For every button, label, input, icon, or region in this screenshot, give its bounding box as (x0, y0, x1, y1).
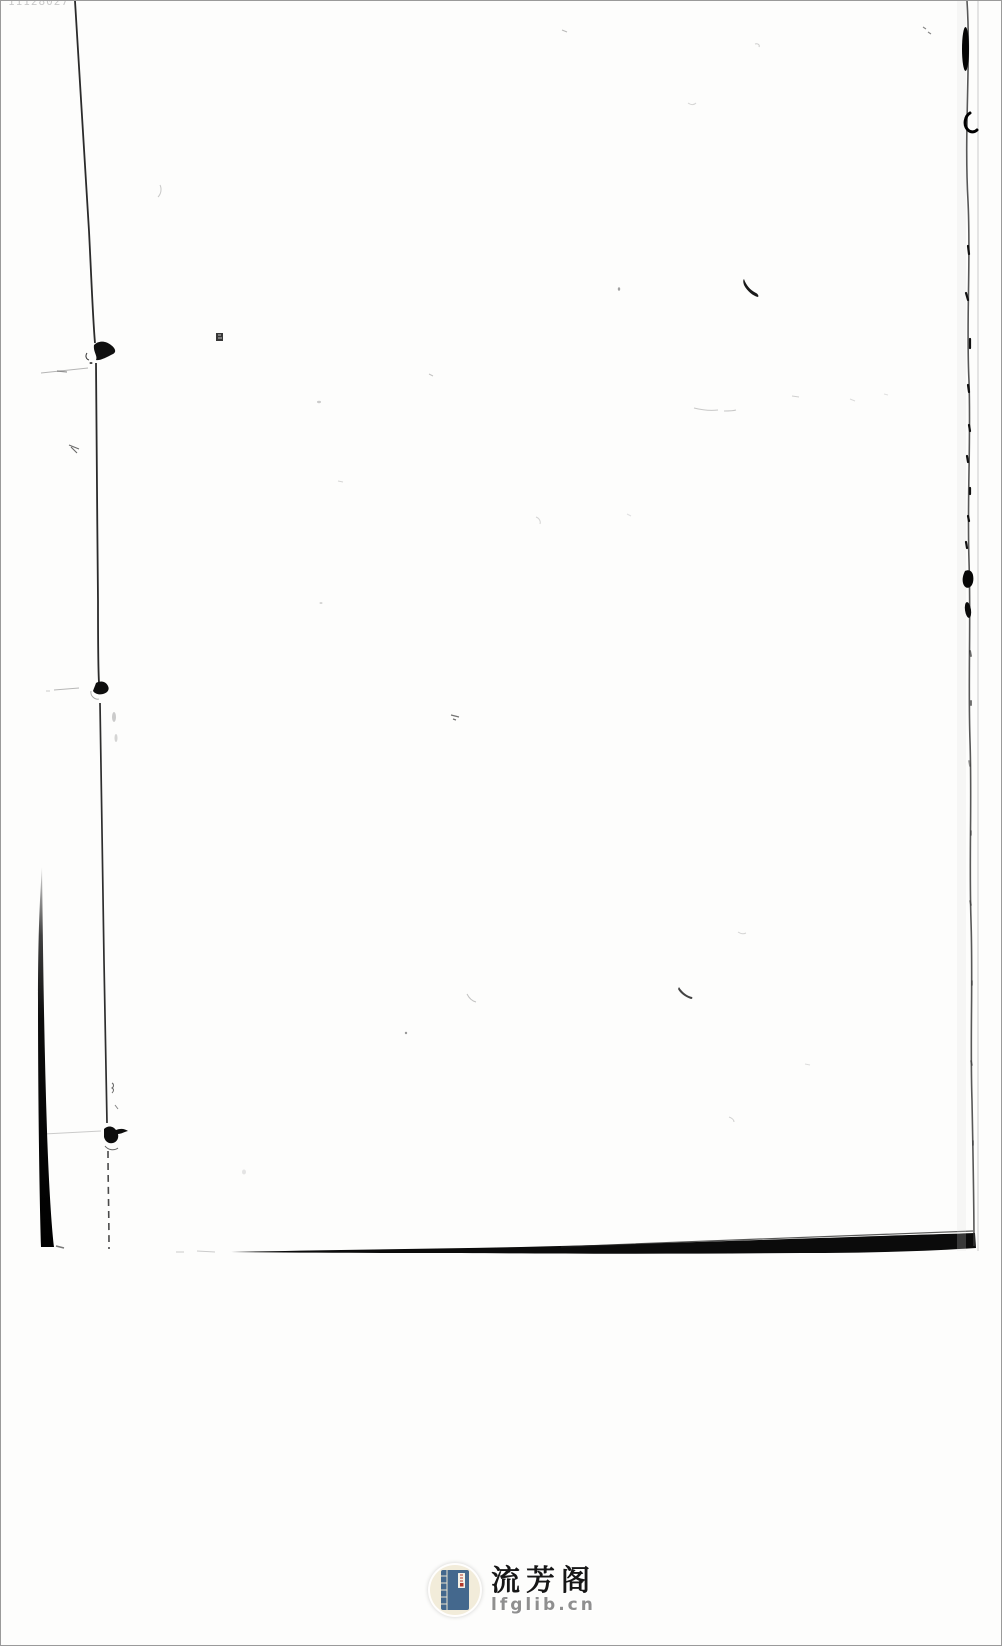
right-ink-edge (923, 1, 978, 1251)
scanned-book-page: 11128027 (0, 0, 1002, 1646)
left-fold-shadow (38, 867, 64, 1248)
watermark-text: 流芳阁 lfglib.cn (491, 1566, 596, 1614)
book-logo-badge (428, 1563, 482, 1617)
binding-thread-line (75, 1, 109, 1249)
paper-specks (158, 30, 888, 1175)
bottom-ink-edge (176, 1231, 976, 1254)
watermark-site-name: 流芳阁 (491, 1566, 596, 1595)
thread-bound-book-icon (438, 1569, 472, 1611)
watermark-site-domain: lfglib.cn (491, 1597, 596, 1614)
watermark: 流芳阁 lfglib.cn (428, 1563, 596, 1617)
scan-artifacts (1, 1, 1002, 1646)
stitch-knot-bottom (44, 1083, 128, 1150)
stitch-knot-top (41, 342, 115, 453)
stitch-knot-middle (46, 682, 118, 742)
